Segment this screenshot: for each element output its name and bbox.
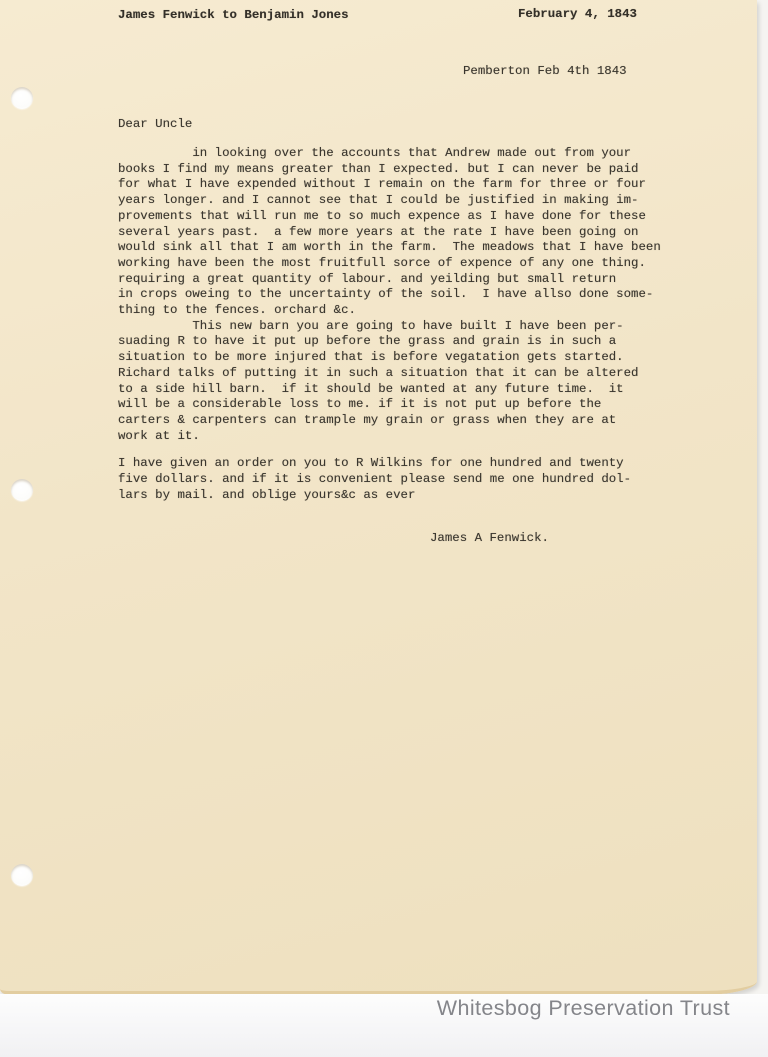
letter-body: in looking over the accounts that Andrew… [118, 146, 698, 547]
dateline: Pemberton Feb 4th 1843 [463, 64, 627, 80]
signature: James A Fenwick. [430, 531, 698, 547]
letter-paper: James Fenwick to Benjamin Jones February… [0, 0, 757, 995]
header-date: February 4, 1843 [518, 7, 637, 23]
paragraph-accounts: in looking over the accounts that Andrew… [118, 146, 698, 319]
punch-hole-middle [11, 479, 33, 501]
salutation: Dear Uncle [118, 117, 192, 133]
paragraph-new-barn: This new barn you are going to have buil… [118, 319, 698, 445]
punch-hole-bottom [11, 864, 33, 886]
scanned-letter-page: James Fenwick to Benjamin Jones February… [0, 0, 768, 1057]
punch-hole-top [11, 87, 33, 109]
header-correspondents: James Fenwick to Benjamin Jones [118, 8, 349, 24]
footer-strip: Whitesbog Preservation Trust [0, 994, 768, 1057]
paragraph-money-order: I have given an order on you to R Wilkin… [118, 456, 698, 503]
credit-text: Whitesbog Preservation Trust [437, 996, 730, 1021]
